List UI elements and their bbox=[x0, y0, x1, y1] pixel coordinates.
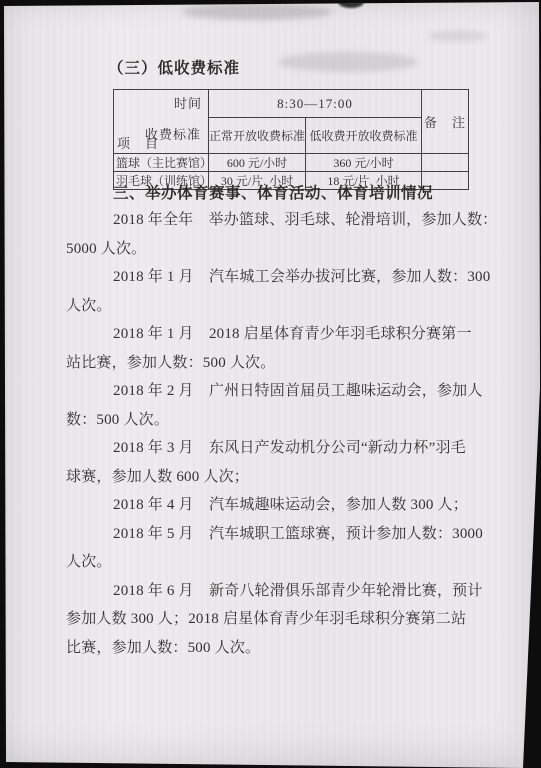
paragraph-line: 人次。 bbox=[66, 292, 486, 321]
corner-label-time: 时间 bbox=[174, 93, 202, 112]
scan-artifact bbox=[278, 52, 418, 72]
remark-header-cell: 备 注 bbox=[422, 90, 469, 154]
section-heading-events: 三、举办体育赛事、体育活动、体育培训情况 bbox=[66, 180, 533, 209]
low-fee-header-cell: 低收费开放收费标准 bbox=[306, 118, 422, 154]
paragraph-line: 比赛，参加人数：500 人次。 bbox=[66, 634, 486, 663]
low-fee-cell: 360 元/小时 bbox=[306, 154, 422, 172]
paragraph-line: 站比赛，参加人数：500 人次。 bbox=[66, 349, 486, 378]
fee-table: 时间 收费标准 项 目 8:30—17:00 备 注 正常开放收费标准 低收费开… bbox=[113, 89, 469, 190]
item-cell: 篮球（主比赛馆） bbox=[114, 154, 209, 172]
remark-cell bbox=[422, 154, 469, 172]
paragraph-line: 球赛，参加人数 600 人次； bbox=[66, 463, 486, 492]
scanned-page: （三）低收费标准 时间 收费标准 项 目 8:30—17:00 备 注 正常开放… bbox=[0, 0, 541, 768]
paragraph-line: 2018 年 6 月 新奇八轮滑俱乐部青少年轮滑比赛，预计 bbox=[66, 577, 486, 606]
corner-header-cell: 时间 收费标准 项 目 bbox=[114, 90, 209, 154]
paragraph-line: 参加人数 300 人；2018 启星体育青少年羽毛球积分赛第二站 bbox=[66, 605, 486, 634]
corner-label-item: 项 目 bbox=[117, 133, 159, 152]
paragraph-line: 2018 年 2 月 广州日特固首届员工趣味运动会，参加人 bbox=[66, 377, 486, 406]
normal-fee-cell: 600 元/小时 bbox=[209, 154, 306, 172]
paragraph-line: 数：500 人次。 bbox=[66, 406, 486, 435]
table-row-basketball: 篮球（主比赛馆） 600 元/小时 360 元/小时 bbox=[114, 154, 469, 172]
scan-artifact bbox=[182, 4, 332, 20]
paragraph-line: 2018 年 3 月 东风日产发动机分公司“新动力杯”羽毛 bbox=[66, 434, 486, 463]
paper-sheet: （三）低收费标准 时间 收费标准 项 目 8:30—17:00 备 注 正常开放… bbox=[0, 0, 541, 768]
paragraphs-block: 2018 年全年 举办篮球、羽毛球、轮滑培训，参加人数：5000 人次。2018… bbox=[66, 206, 486, 662]
scan-artifact bbox=[428, 30, 488, 42]
paragraph-line: 2018 年 4 月 汽车城趣味运动会，参加人数 300 人； bbox=[66, 491, 486, 520]
paragraph-line: 2018 年 5 月 汽车城职工篮球赛，预计参加人数：3000 bbox=[66, 520, 486, 549]
paragraph-line: 2018 年 1 月 2018 启星体育青少年羽毛球积分赛第一 bbox=[66, 320, 486, 349]
paragraph-line: 2018 年全年 举办篮球、羽毛球、轮滑培训，参加人数： bbox=[66, 206, 486, 235]
section-heading-low-fee: （三）低收费标准 bbox=[108, 56, 240, 78]
scan-artifact bbox=[338, 0, 364, 8]
normal-fee-header-cell: 正常开放收费标准 bbox=[209, 118, 306, 154]
paragraph-line: 2018 年 1 月 汽车城工会举办拔河比赛，参加人数：300 bbox=[66, 263, 486, 292]
paragraph-line: 5000 人次。 bbox=[66, 235, 486, 264]
time-range-cell: 8:30—17:00 bbox=[209, 90, 422, 118]
table-header-row-1: 时间 收费标准 项 目 8:30—17:00 备 注 bbox=[114, 90, 469, 118]
paragraph-line: 人次。 bbox=[66, 548, 486, 577]
